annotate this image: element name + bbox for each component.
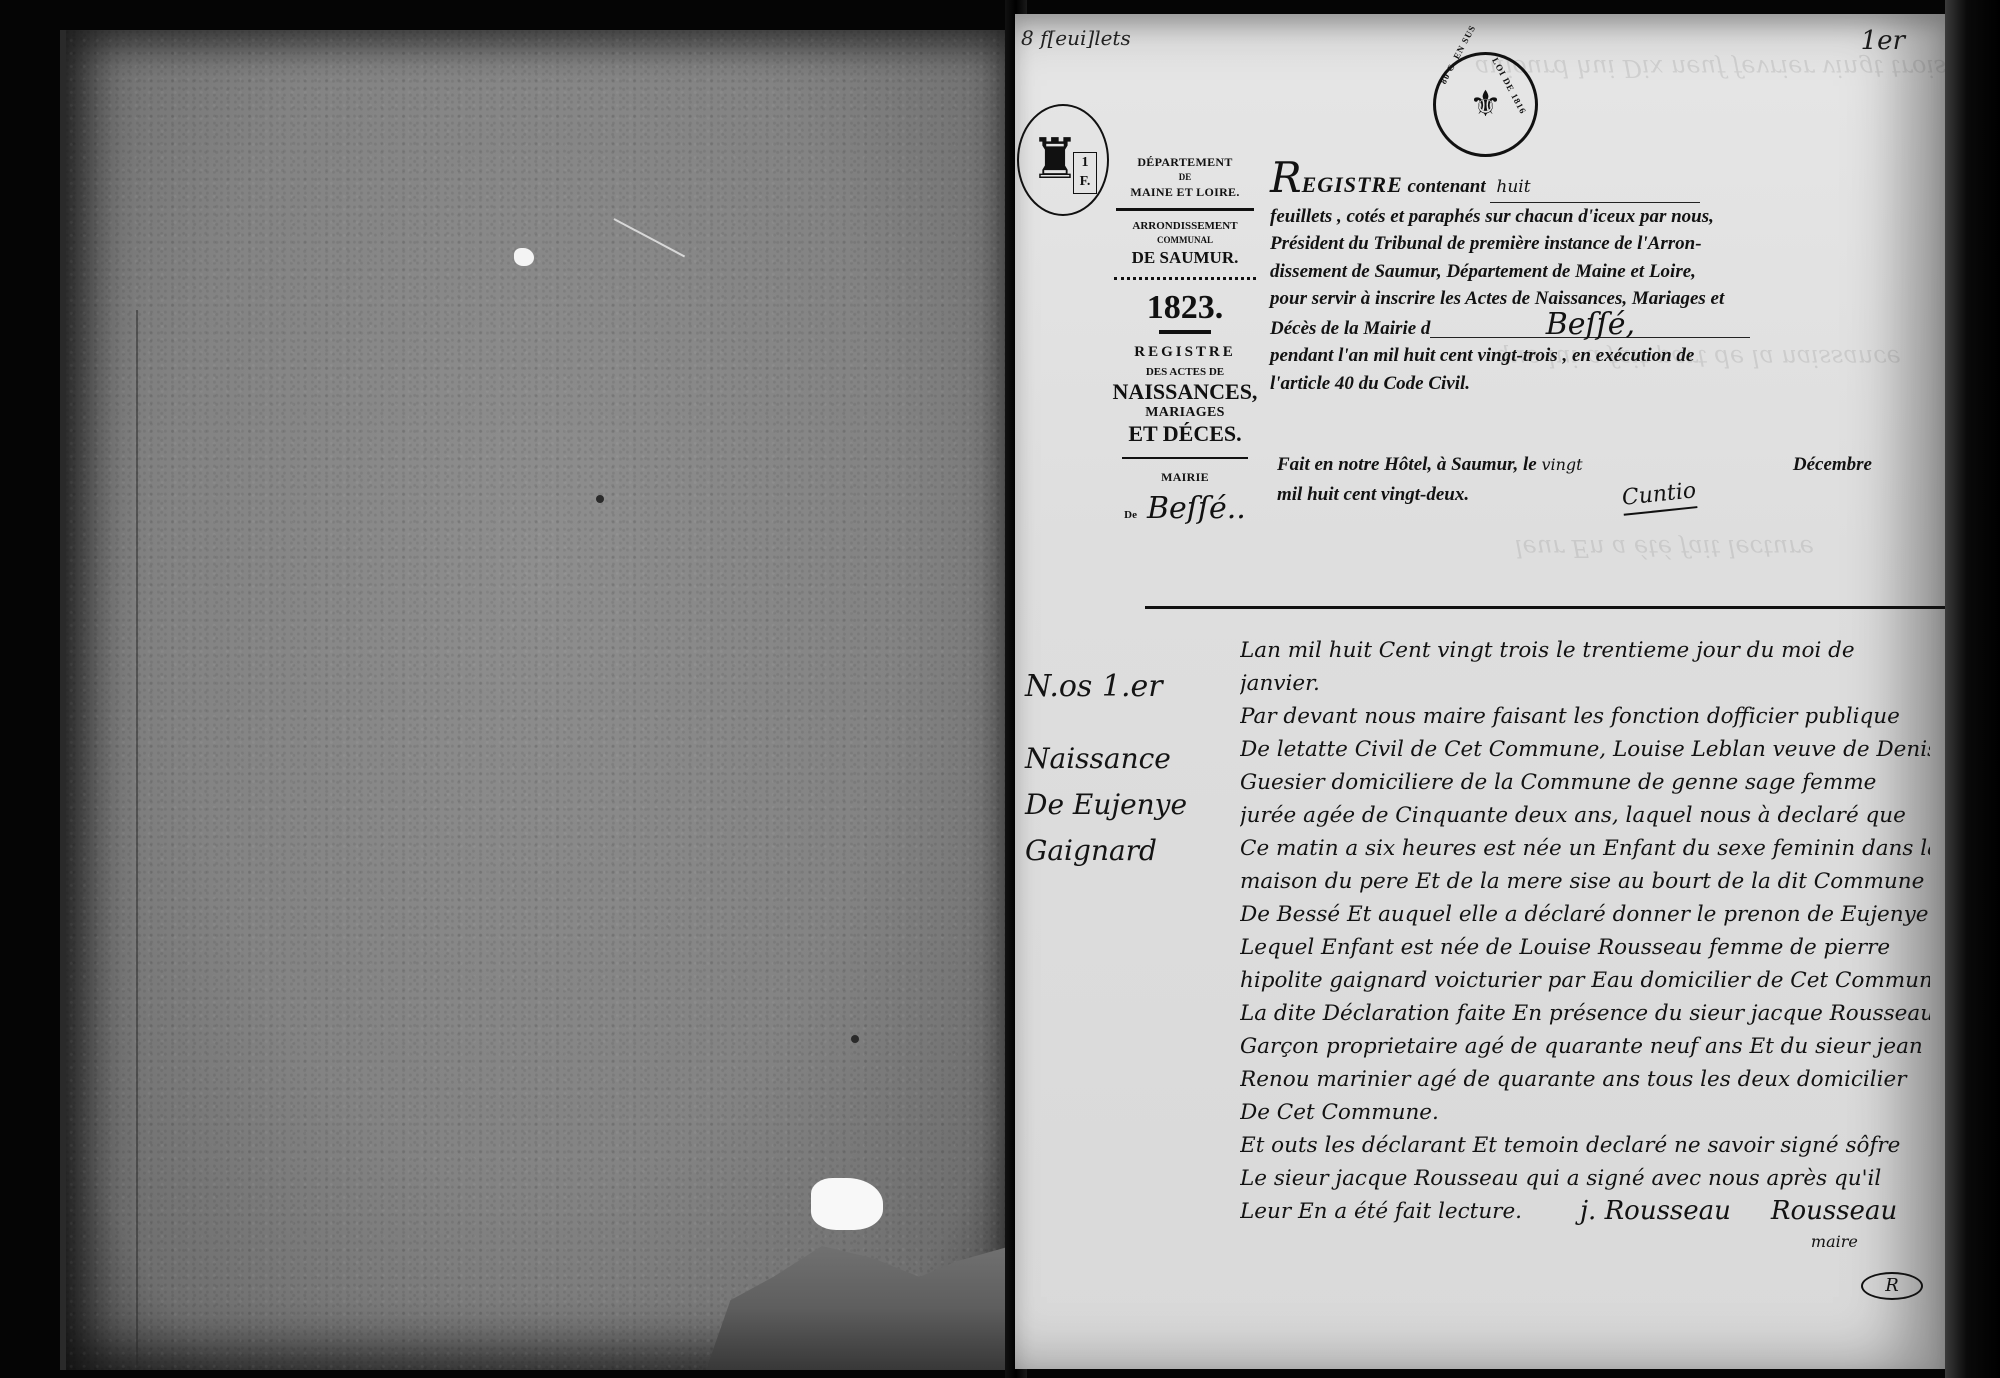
section-divider — [1145, 606, 1945, 609]
stamp-value: 1 F. — [1073, 152, 1097, 194]
act-line: De Cet Commune. — [1240, 1096, 1930, 1129]
preamble-line: feuillets , cotés et paraphés sur chacun… — [1270, 203, 1870, 231]
signed-day-handwritten: vingt — [1541, 455, 1582, 474]
tax-stamp-left-text: 80 C. EN SUS — [1438, 23, 1478, 86]
paper-damage-spot — [514, 248, 534, 266]
act-line: La dite Déclaration faite En présence du… — [1240, 997, 1930, 1030]
mairie-de-label: De — [1124, 509, 1137, 521]
register-preamble: REGISTRE contenant huit feuillets , coté… — [1270, 164, 1870, 397]
preamble-line: pendant l'an mil huit cent vingt-trois ,… — [1270, 342, 1870, 370]
act-line: Garçon proprietaire agé de quarante neuf… — [1240, 1030, 1930, 1063]
ink-speck — [596, 495, 604, 503]
paper-grain-texture — [66, 30, 1005, 1370]
des-actes-label: DES ACTES DE — [1110, 365, 1260, 379]
signed-at-prefix: Fait en notre Hôtel, à Saumur, le — [1277, 454, 1537, 475]
preamble-line: Décès de la Mairie d — [1270, 318, 1430, 339]
tax-stamp: 80 C. EN SUS ⚜ LOI DE 1816 — [1433, 52, 1538, 157]
act-signatures: j. Rousseau Rousseau maire — [1580, 1195, 1930, 1228]
act-line: Guesier domiciliere de la Commune de gen… — [1240, 766, 1930, 799]
divider — [1116, 208, 1254, 211]
act-line: jurée agée de Cinquante deux ans, laquel… — [1240, 799, 1930, 832]
witness-signature: j. Rousseau — [1580, 1195, 1731, 1228]
act-line: De letatte Civil de Cet Commune, Louise … — [1240, 733, 1930, 766]
stamp-value-number: 1 — [1074, 153, 1096, 172]
mariages-label: MARIAGES — [1110, 405, 1260, 421]
mairie-label: MAIRIE — [1110, 469, 1260, 485]
stamp-value-unit: F. — [1074, 172, 1096, 191]
act-margin-title: N.os 1.er Naissance De Eujenye Gaignard — [1025, 664, 1225, 874]
left-page-blank — [60, 30, 1005, 1370]
register-year: 1823. — [1110, 288, 1260, 328]
preamble-line: Président du Tribunal de première instan… — [1270, 230, 1870, 258]
act-line: Et outs les déclarant Et temoin declaré … — [1240, 1129, 1930, 1162]
de-label: DE — [1110, 170, 1260, 184]
feuillets-count-handwritten: huit — [1490, 174, 1700, 203]
act-line: Renou marinier agé de quarante ans tous … — [1240, 1063, 1930, 1096]
mairie-row: De Beſſé.. — [1110, 491, 1260, 526]
book-page-edges — [1945, 0, 2000, 1378]
arrondissement-name: DE SAUMUR. — [1110, 247, 1260, 269]
signed-at-block: Fait en notre Hôtel, à Saumur, le vingt … — [1277, 450, 1872, 510]
mayor-signature: Rousseau — [1771, 1196, 1897, 1226]
communal-label: COMMUNAL — [1110, 233, 1260, 247]
paper-damage-hole — [811, 1178, 883, 1230]
act-line: maison du pere Et de la mere sise au bou… — [1240, 865, 1930, 898]
act-line: Lan mil huit Cent vingt trois le trentie… — [1240, 634, 1930, 667]
departement-label: DÉPARTEMENT — [1110, 154, 1260, 170]
departement-name: MAINE ET LOIRE. — [1110, 184, 1260, 200]
preamble-line: dissement de Saumur, Département de Main… — [1270, 258, 1870, 286]
fiscal-stamp-1f: ♜ 1 F. — [1017, 104, 1109, 216]
registre-initial: R — [1270, 153, 1302, 202]
registre-label: REGISTRE — [1110, 344, 1260, 361]
verso-bleed-through: aujourd hui Dix neuf fevrier vingt trois — [1475, 54, 1945, 82]
act-child-name: De Eujenye — [1025, 782, 1225, 828]
dotted-divider — [1114, 277, 1256, 280]
naissances-label: NAISSANCES, — [1110, 379, 1260, 405]
margin-note-leaf-count: 8 f[eui]lets — [1021, 26, 1131, 50]
crown-fleur-de-lis-icon: ⚜ — [1469, 87, 1501, 123]
arrondissement-label: ARRONDISSEMENT — [1110, 219, 1260, 233]
act-number: N.os 1.er — [1025, 664, 1225, 710]
page-fold-line — [136, 310, 138, 1370]
act-line: hipolite gaignard voicturier par Eau dom… — [1240, 964, 1930, 997]
signed-month: Décembre — [1793, 450, 1872, 480]
preamble-line: l'article 40 du Code Civil. — [1270, 370, 1870, 398]
folio-number: 1er — [1861, 26, 1905, 56]
signed-year: mil huit cent vingt-deux. — [1277, 480, 1872, 510]
mayor-paraph: R — [1861, 1272, 1923, 1300]
contenant-word: contenant — [1408, 176, 1486, 197]
divider — [1122, 457, 1248, 459]
birth-act-text: Lan mil huit Cent vingt trois le trentie… — [1240, 634, 1930, 1228]
commune-handwritten: Beſſé, — [1430, 313, 1750, 338]
act-line: Le sieur jacque Rousseau qui a signé ave… — [1240, 1162, 1930, 1195]
right-page-register: aujourd hui Dix neuf fevrier vingt trois… — [1015, 14, 1945, 1369]
act-line: Ce matin a six heures est née un Enfant … — [1240, 832, 1930, 865]
verso-bleed-through: leur En a été fait lecture — [1515, 534, 1814, 562]
act-line: Lequel Enfant est née de Louise Rousseau… — [1240, 931, 1930, 964]
mairie-commune-name: Beſſé.. — [1147, 491, 1246, 526]
act-line: janvier. — [1240, 667, 1930, 700]
act-type: Naissance — [1025, 736, 1225, 782]
ink-speck — [851, 1035, 859, 1043]
mayor-title: maire — [1811, 1225, 1858, 1258]
divider — [1159, 330, 1211, 334]
registre-word: EGISTRE — [1302, 172, 1403, 197]
mayor-signature-block: Rousseau maire — [1771, 1195, 1897, 1228]
act-child-surname: Gaignard — [1025, 828, 1225, 874]
act-line: Par devant nous maire faisant les foncti… — [1240, 700, 1930, 733]
act-line: De Bessé Et auquel elle a déclaré donner… — [1240, 898, 1930, 931]
deces-label: ET DÉCES. — [1110, 421, 1260, 447]
register-header-column: DÉPARTEMENT DE MAINE ET LOIRE. ARRONDISS… — [1110, 154, 1260, 526]
